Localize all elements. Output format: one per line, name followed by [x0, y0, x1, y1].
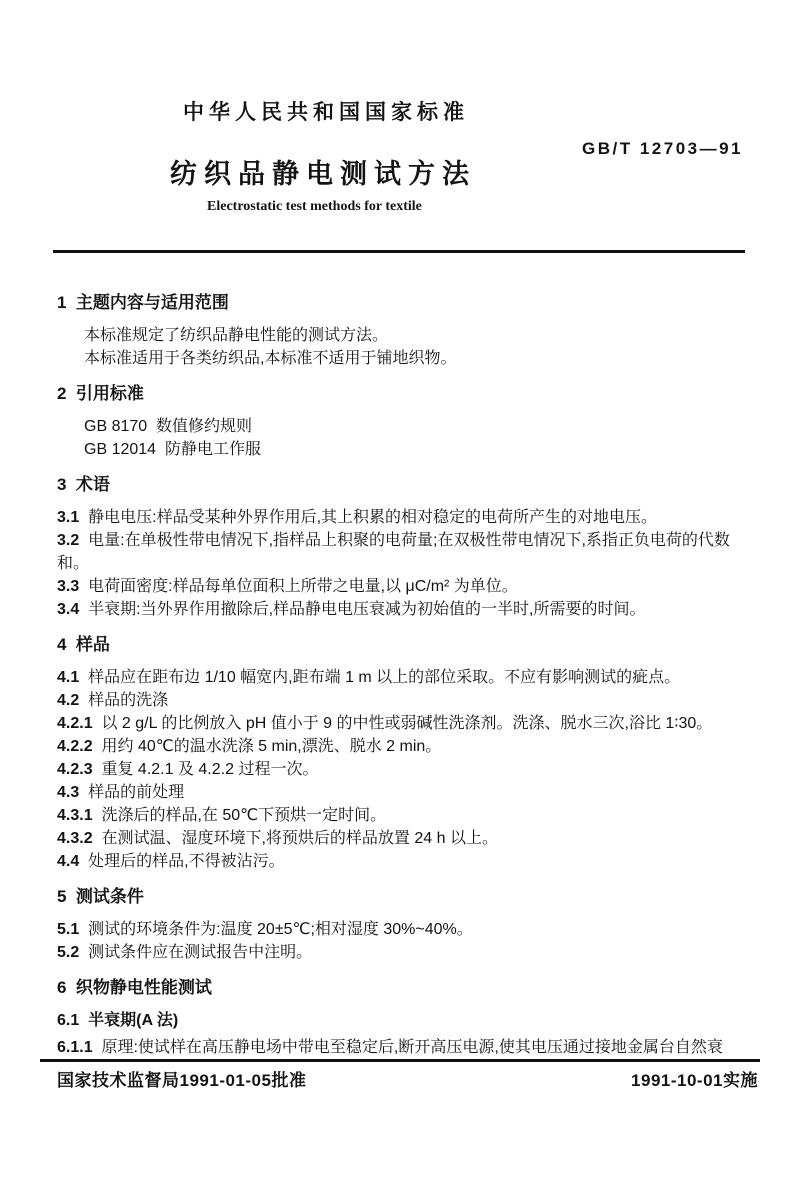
clause-text: 样品的洗涤: [88, 692, 168, 709]
clause-number: 4.2: [57, 692, 88, 709]
clause-text: 本标准适用于各类纺织品,本标准不适用于铺地织物。: [84, 350, 456, 367]
clause-4-4: 4.4 处理后的样品,不得被沾污。: [57, 850, 752, 873]
document-page: 中华人民共和国国家标准 GB/T 12703—91 纺织品静电测试方法 Elec…: [0, 0, 800, 1200]
clause-text: 用约 40℃的温水洗涤 5 min,漂洗、脱水 2 min。: [101, 738, 441, 755]
clause-3-2: 3.2 电量:在单极性带电情况下,指样品上积聚的电荷量;在双极性带电情况下,系指…: [57, 529, 752, 575]
clause-number: 6.1: [57, 1012, 88, 1029]
standard-authority-label: 中华人民共和国国家标准: [183, 96, 469, 126]
clause-text: 重复 4.2.1 及 4.2.2 过程一次。: [101, 761, 318, 778]
clause-number: 5.1: [57, 921, 88, 938]
clause-number: 5.2: [57, 944, 88, 961]
clause-text: 测试的环境条件为:温度 20±5℃;相对湿度 30%~40%。: [88, 921, 473, 938]
clause-number: 3.1: [57, 509, 88, 526]
clause-number: 4.3: [57, 784, 88, 801]
referenced-standard: GB 8170 数值修约规则: [57, 415, 752, 438]
clause-text: 处理后的样品,不得被沾污。: [88, 853, 284, 870]
clause-4-3-2: 4.3.2 在测试温、湿度环境下,将预烘后的样品放置 24 h 以上。: [57, 827, 752, 850]
clause-number: 3.3: [57, 578, 88, 595]
clause-text: 电荷面密度:样品每单位面积上所带之电量,以 μC/m² 为单位。: [88, 578, 518, 595]
header-divider-rule: [53, 250, 745, 253]
clause-4-2-1: 4.2.1 以 2 g/L 的比例放入 pH 值小于 9 的中性或弱碱性洗涤剂。…: [57, 712, 752, 735]
clause-text: 洗涤后的样品,在 50℃下预烘一定时间。: [101, 807, 386, 824]
section-1-paragraph: 本标准规定了纺织品静电性能的测试方法。: [57, 324, 752, 347]
clause-number: 5: [57, 887, 76, 906]
implementation-date: 1991-10-01实施: [631, 1066, 758, 1091]
clause-text: 样品: [76, 635, 110, 654]
clause-number: 4.2.3: [57, 761, 101, 778]
clause-number: 4.2.2: [57, 738, 101, 755]
clause-3-4: 3.4 半衰期:当外界作用撤除后,样品静电电压衰减为初始值的一半时,所需要的时间…: [57, 598, 752, 621]
clause-text: 测试条件: [76, 887, 144, 906]
clause-text: 以 2 g/L 的比例放入 pH 值小于 9 的中性或弱碱性洗涤剂。洗涤、脱水三…: [101, 715, 712, 732]
clause-text: 在测试温、湿度环境下,将预烘后的样品放置 24 h 以上。: [101, 830, 497, 847]
clause-text: 主题内容与适用范围: [76, 293, 229, 312]
clause-number: 4.4: [57, 853, 88, 870]
clause-text: 引用标准: [76, 384, 144, 403]
approval-statement: 国家技术监督局1991-01-05批准: [57, 1066, 306, 1091]
clause-number: 3.2: [57, 532, 88, 549]
clause-number: 2: [57, 384, 76, 403]
clause-4-2: 4.2 样品的洗涤: [57, 689, 752, 712]
clause-text: 电量:在单极性带电情况下,指样品上积聚的电荷量;在双极性带电情况下,系指正负电荷…: [57, 532, 730, 572]
section-1-heading: 1 主题内容与适用范围: [57, 291, 752, 314]
clause-number: 4.3.1: [57, 807, 101, 824]
clause-text: 测试条件应在测试报告中注明。: [88, 944, 312, 961]
document-title-chinese: 纺织品静电测试方法: [170, 152, 476, 191]
clause-text: GB 8170 数值修约规则: [84, 418, 252, 435]
clause-number: 6.1.1: [57, 1039, 101, 1056]
section-5-heading: 5 测试条件: [57, 885, 752, 908]
clause-text: 样品的前处理: [88, 784, 184, 801]
clause-number: 1: [57, 293, 76, 312]
footer-divider-rule: [40, 1059, 760, 1062]
clause-5-1: 5.1 测试的环境条件为:温度 20±5℃;相对湿度 30%~40%。: [57, 918, 752, 941]
clause-4-2-2: 4.2.2 用约 40℃的温水洗涤 5 min,漂洗、脱水 2 min。: [57, 735, 752, 758]
section-3-heading: 3 术语: [57, 473, 752, 496]
clause-number: 3: [57, 475, 76, 494]
clause-3-1: 3.1 静电电压:样品受某种外界作用后,其上积累的相对稳定的电荷所产生的对地电压…: [57, 506, 752, 529]
clause-4-1: 4.1 样品应在距布边 1/10 幅宽内,距布端 1 m 以上的部位采取。不应有…: [57, 666, 752, 689]
clause-text: 样品应在距布边 1/10 幅宽内,距布端 1 m 以上的部位采取。不应有影响测试…: [88, 669, 680, 686]
clause-number: 4.3.2: [57, 830, 101, 847]
clause-number: 4.2.1: [57, 715, 101, 732]
clause-text: 静电电压:样品受某种外界作用后,其上积累的相对稳定的电荷所产生的对地电压。: [88, 509, 657, 526]
clause-text: 半衰期(A 法): [88, 1012, 178, 1029]
clause-number: 3.4: [57, 601, 88, 618]
clause-4-2-3: 4.2.3 重复 4.2.1 及 4.2.2 过程一次。: [57, 758, 752, 781]
standard-number: GB/T 12703—91: [582, 139, 743, 159]
clause-text: 本标准规定了纺织品静电性能的测试方法。: [84, 327, 388, 344]
document-title-english: Electrostatic test methods for textile: [207, 199, 422, 215]
clause-3-3: 3.3 电荷面密度:样品每单位面积上所带之电量,以 μC/m² 为单位。: [57, 575, 752, 598]
clause-text: GB 12014 防静电工作服: [84, 441, 261, 458]
clause-4-3-1: 4.3.1 洗涤后的样品,在 50℃下预烘一定时间。: [57, 804, 752, 827]
section-1-paragraph: 本标准适用于各类纺织品,本标准不适用于铺地织物。: [57, 347, 752, 370]
section-2-heading: 2 引用标准: [57, 382, 752, 405]
clause-text: 术语: [76, 475, 110, 494]
referenced-standard: GB 12014 防静电工作服: [57, 438, 752, 461]
clause-number: 6: [57, 978, 76, 997]
clause-text: 原理:使试样在高压静电场中带电至稳定后,断开高压电源,使其电压通过接地金属台自然…: [101, 1039, 722, 1056]
section-6-heading: 6 织物静电性能测试: [57, 976, 752, 999]
clause-6-1-heading: 6.1 半衰期(A 法): [57, 1009, 752, 1032]
clause-number: 4.1: [57, 669, 88, 686]
clause-4-3: 4.3 样品的前处理: [57, 781, 752, 804]
section-4-heading: 4 样品: [57, 633, 752, 656]
clause-5-2: 5.2 测试条件应在测试报告中注明。: [57, 941, 752, 964]
clause-number: 4: [57, 635, 76, 654]
clause-text: 半衰期:当外界作用撤除后,样品静电电压衰减为初始值的一半时,所需要的时间。: [88, 601, 645, 618]
clause-6-1-1: 6.1.1 原理:使试样在高压静电场中带电至稳定后,断开高压电源,使其电压通过接…: [57, 1036, 752, 1059]
clause-text: 织物静电性能测试: [76, 978, 212, 997]
document-body: 1 主题内容与适用范围 本标准规定了纺织品静电性能的测试方法。 本标准适用于各类…: [57, 279, 752, 1059]
